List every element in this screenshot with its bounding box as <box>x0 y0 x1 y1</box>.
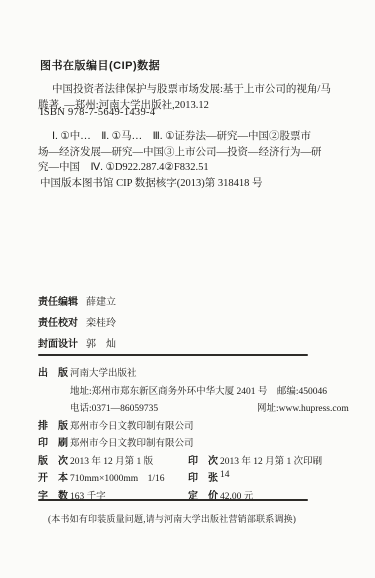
publication-row: 开 本710mm×1000mm 1/16印 张14 <box>38 469 368 487</box>
publication-row-left: 开 本710mm×1000mm 1/16 <box>38 469 188 484</box>
cip-entry-line: 中国投资者法律保护与股票市场发展:基于上市公司的视角/马 <box>38 82 350 98</box>
publication-value: 2013 年 12 月第 1 次印刷 <box>220 452 322 467</box>
divider-rule-bottom <box>38 499 308 501</box>
cip-classification-line: 场—经济发展—研究—中国③上市公司—投资—经济行为—研 <box>38 145 350 161</box>
publication-label <box>38 399 70 414</box>
publication-label: 版 次 <box>38 452 70 467</box>
divider-rule-top <box>38 354 308 356</box>
publication-row-left: 地址:郑州市郑东新区商务外环中华大厦 2401 号 邮编:450046 <box>38 382 327 397</box>
publication-row-right: 印 张14 <box>188 469 230 484</box>
staff-row: 责任编辑薛建立 <box>38 293 116 314</box>
isbn: ISBN 978-7-5649-1439-4 <box>40 107 155 118</box>
publication-value: 电话:0371—86059735 <box>70 399 158 414</box>
publication-row-left: 印 刷郑州市今日文教印制有限公司 <box>38 434 194 449</box>
cip-classification: Ⅰ. ①中… Ⅱ. ①马… Ⅲ. ①证券法—研究—中国②股票市 场—经济发展—研… <box>38 129 350 176</box>
publication-row: 地址:郑州市郑东新区商务外环中华大厦 2401 号 邮编:450046 <box>38 382 368 400</box>
publication-label <box>38 382 70 397</box>
staff-row: 封面设计郭 灿 <box>38 335 116 356</box>
publication-label: 印 次 <box>188 452 220 467</box>
publication-label: 开 本 <box>38 469 70 484</box>
staff-role: 责任校对 <box>38 314 82 329</box>
publication-row-right: 印 次2013 年 12 月第 1 次印刷 <box>188 452 322 467</box>
publication-label: 出 版 <box>38 364 70 379</box>
staff-credits: 责任编辑薛建立责任校对栾桂玲封面设计郭 灿 <box>38 293 116 356</box>
publication-row-left: 版 次2013 年 12 月第 1 版 <box>38 452 188 467</box>
staff-role: 责任编辑 <box>38 293 82 308</box>
publication-value: 网址:www.hupress.com <box>257 399 349 414</box>
publication-row-right: 网址:www.hupress.com <box>257 399 349 414</box>
publication-value: 14 <box>220 469 230 484</box>
publication-row: 电话:0371—86059735网址:www.hupress.com <box>38 399 368 417</box>
copyright-page: 图书在版编目(CIP)数据 中国投资者法律保护与股票市场发展:基于上市公司的视角… <box>0 0 375 578</box>
staff-role: 封面设计 <box>38 335 82 350</box>
publication-label: 印 张 <box>188 469 220 484</box>
publication-row-left: 电话:0371—86059735 <box>38 399 257 414</box>
publication-value: 710mm×1000mm 1/16 <box>70 469 165 484</box>
cip-header: 图书在版编目(CIP)数据 <box>40 57 160 73</box>
publication-value: 2013 年 12 月第 1 版 <box>70 452 153 467</box>
publication-info: 出 版河南大学出版社地址:郑州市郑东新区商务外环中华大厦 2401 号 邮编:4… <box>38 364 368 504</box>
staff-row: 责任校对栾桂玲 <box>38 314 116 335</box>
publication-row: 字 数163 千字定 价42.00 元 <box>38 487 368 505</box>
quality-footnote: (本书如有印装质量问题,请与河南大学出版社营销部联系调换) <box>38 512 318 525</box>
publication-row: 出 版河南大学出版社 <box>38 364 368 382</box>
publication-value: 郑州市今日文教印制有限公司 <box>70 417 194 432</box>
cip-record-number: 中国版本图书馆 CIP 数据核字(2013)第 318418 号 <box>40 175 262 190</box>
publication-row: 印 刷郑州市今日文教印制有限公司 <box>38 434 368 452</box>
publication-value: 地址:郑州市郑东新区商务外环中华大厦 2401 号 邮编:450046 <box>70 382 327 397</box>
publication-value: 河南大学出版社 <box>70 364 137 379</box>
publication-row-left: 排 版郑州市今日文教印制有限公司 <box>38 417 194 432</box>
cip-classification-line: 究—中国 Ⅳ. ①D922.287.4②F832.51 <box>38 160 350 176</box>
publication-value: 郑州市今日文教印制有限公司 <box>70 434 194 449</box>
publication-row-left: 出 版河南大学出版社 <box>38 364 137 379</box>
publication-label: 印 刷 <box>38 434 70 449</box>
publication-row: 版 次2013 年 12 月第 1 版印 次2013 年 12 月第 1 次印刷 <box>38 452 368 470</box>
staff-name: 栾桂玲 <box>86 314 116 329</box>
publication-row: 排 版郑州市今日文教印制有限公司 <box>38 417 368 435</box>
staff-name: 郭 灿 <box>86 335 116 350</box>
staff-name: 薛建立 <box>86 293 116 308</box>
cip-classification-line: Ⅰ. ①中… Ⅱ. ①马… Ⅲ. ①证券法—研究—中国②股票市 <box>38 129 350 145</box>
publication-label: 排 版 <box>38 417 70 432</box>
